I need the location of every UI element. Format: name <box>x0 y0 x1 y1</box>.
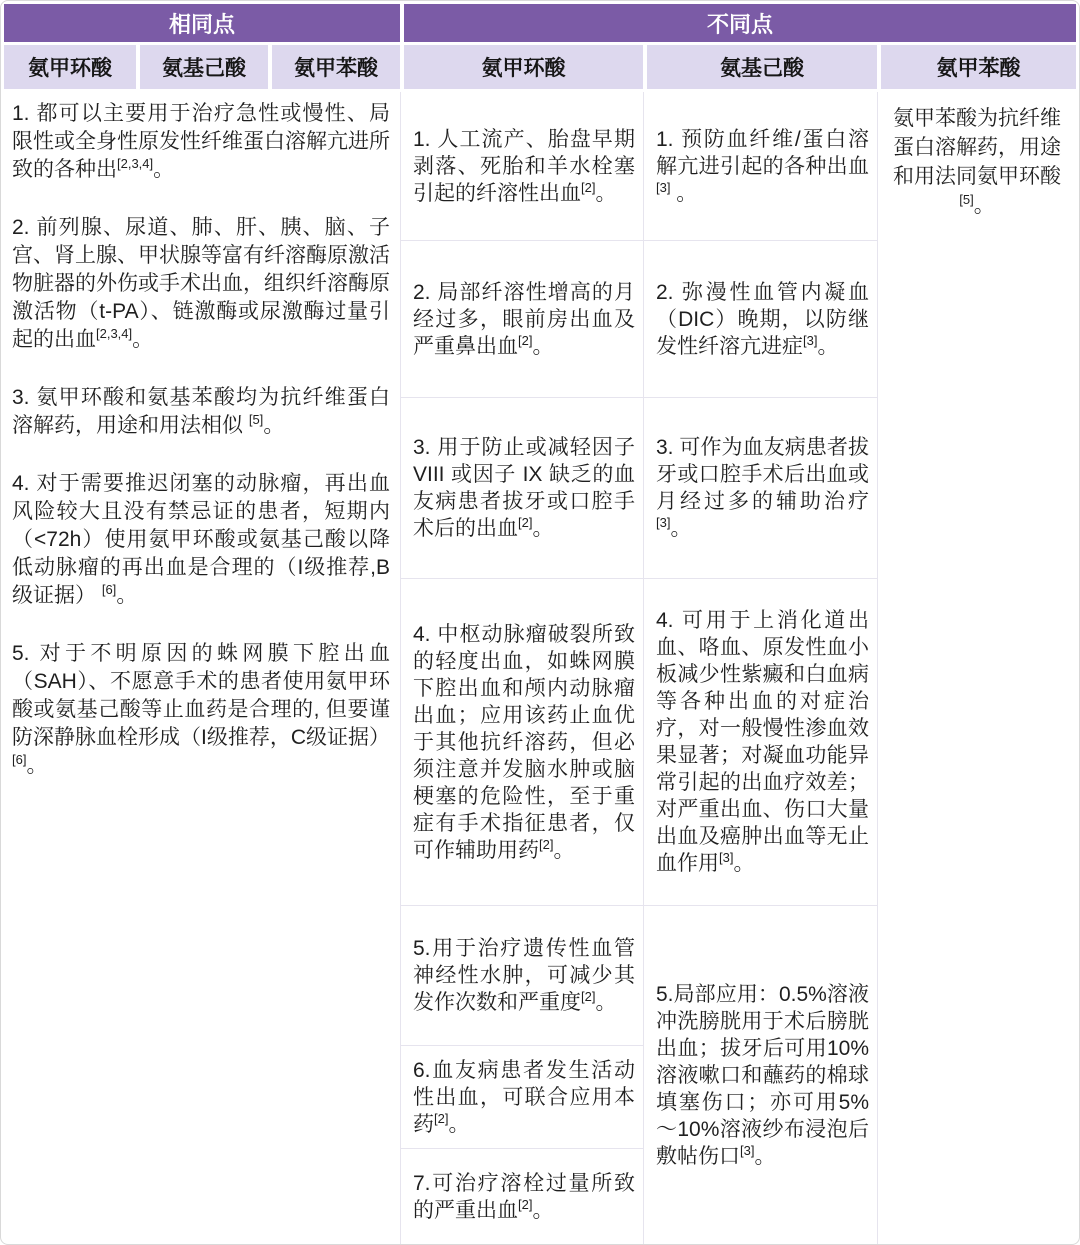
similarities-merged-cell: 1. 都可以主要用于治疗急性或慢性、局限性或全身性原发性纤维蛋白溶解亢进所致的各… <box>4 92 400 1244</box>
same-col-tranexamic-header: 氨甲环酸 <box>4 45 136 89</box>
similarity-point-1: 1. 都可以主要用于治疗急性或慢性、局限性或全身性原发性纤维蛋白溶解亢进所致的各… <box>12 100 390 184</box>
tranexamic-diff-cell-3: 3. 用于防止或减轻因子 VIII 或因子 IX 缺乏的血友病患者拔牙或口腔手术… <box>401 398 643 579</box>
similarity-point-4: 4. 对于需要推迟闭塞的动脉瘤，再出血风险较大且没有禁忌证的患者，短期内（<72… <box>12 470 390 610</box>
same-col-aminocaproic-header: 氨基己酸 <box>136 45 268 89</box>
header-row-groups: 相同点 不同点 <box>4 4 1076 42</box>
table-body: 1. 都可以主要用于治疗急性或慢性、局限性或全身性原发性纤维蛋白溶解亢进所致的各… <box>4 92 1076 1244</box>
aminocaproic-diff-cell-5: 5.局部应用：0.5%溶液冲洗膀胱用于术后膀胱出血；拔牙后可用10%溶液嗽口和蘸… <box>644 906 877 1244</box>
tranexamic-diff-cell-7: 7.可治疗溶栓过量所致的严重出血[2]。 <box>401 1149 643 1244</box>
tranexamic-diff-cell-2: 2. 局部纤溶性增高的月经过多，眼前房出血及严重鼻出血[2]。 <box>401 241 643 398</box>
similarity-point-5: 5. 对于不明原因的蛛网膜下腔出血（SAH）、不愿意手术的患者使用氨甲环酸或氨基… <box>12 640 390 780</box>
tranexamic-diff-cell-4: 4. 中枢动脉瘤破裂所致的轻度出血，如蛛网膜下腔出血和颅内动脉瘤出血；应用该药止… <box>401 579 643 906</box>
drug-comparison-table: 相同点 不同点 氨甲环酸 氨基己酸 氨甲苯酸 氨甲环酸 氨基己酸 氨甲苯酸 1.… <box>0 0 1080 1245</box>
similarity-point-3: 3. 氨甲环酸和氨基苯酸均为抗纤维蛋白溶解药，用途和用法相似 [5]。 <box>12 384 390 440</box>
aminocaproic-diff-cell-2: 2. 弥漫性血管内凝血（DIC）晚期，以防继发性纤溶亢进症[3]。 <box>644 241 877 398</box>
same-col-aminomethylbenzoic-header: 氨甲苯酸 <box>268 45 400 89</box>
tranexamic-diff-cell-1: 1. 人工流产、胎盘早期剥落、死胎和羊水栓塞引起的纤溶性出血[2]。 <box>401 92 643 241</box>
tranexamic-diff-cell-6: 6.血友病患者发生活动性出血，可联合应用本药[2]。 <box>401 1046 643 1149</box>
header-row-drugs: 氨甲环酸 氨基己酸 氨甲苯酸 氨甲环酸 氨基己酸 氨甲苯酸 <box>4 45 1076 89</box>
aminomethylbenzoic-merged-cell: 氨甲苯酸为抗纤维蛋白溶解药，用途和用法同氨甲环酸[5]。 <box>877 92 1076 1244</box>
tranexamic-diff-cell-5: 5.用于治疗遗传性血管神经性水肿，可减少其发作次数和严重度[2]。 <box>401 906 643 1046</box>
tranexamic-diff-column: 1. 人工流产、胎盘早期剥落、死胎和羊水栓塞引起的纤溶性出血[2]。 2. 局部… <box>400 92 643 1244</box>
aminocaproic-diff-cell-4: 4. 可用于上消化道出血、咯血、原发性血小板减少性紫癜和白血病等各种出血的对症治… <box>644 579 877 906</box>
aminomethylbenzoic-note: 氨甲苯酸为抗纤维蛋白溶解药，用途和用法同氨甲环酸[5]。 <box>890 104 1064 220</box>
diff-col-aminomethylbenzoic-header: 氨甲苯酸 <box>877 45 1076 89</box>
similarity-point-2: 2. 前列腺、尿道、肺、肝、胰、脑、子宫、肾上腺、甲状腺等富有纤溶酶原激活物脏器… <box>12 214 390 354</box>
aminocaproic-diff-cell-1: 1. 预防血纤维/蛋白溶解亢进引起的各种出血[3] 。 <box>644 92 877 241</box>
aminocaproic-diff-column: 1. 预防血纤维/蛋白溶解亢进引起的各种出血[3] 。 2. 弥漫性血管内凝血（… <box>643 92 877 1244</box>
diff-col-tranexamic-header: 氨甲环酸 <box>400 45 643 89</box>
similarities-group-header: 相同点 <box>4 4 400 42</box>
differences-group-header: 不同点 <box>400 4 1076 42</box>
diff-col-aminocaproic-header: 氨基己酸 <box>643 45 877 89</box>
aminocaproic-diff-cell-3: 3. 可作为血友病患者拔牙或口腔手术后出血或月经过多的辅助治疗[3]。 <box>644 398 877 579</box>
